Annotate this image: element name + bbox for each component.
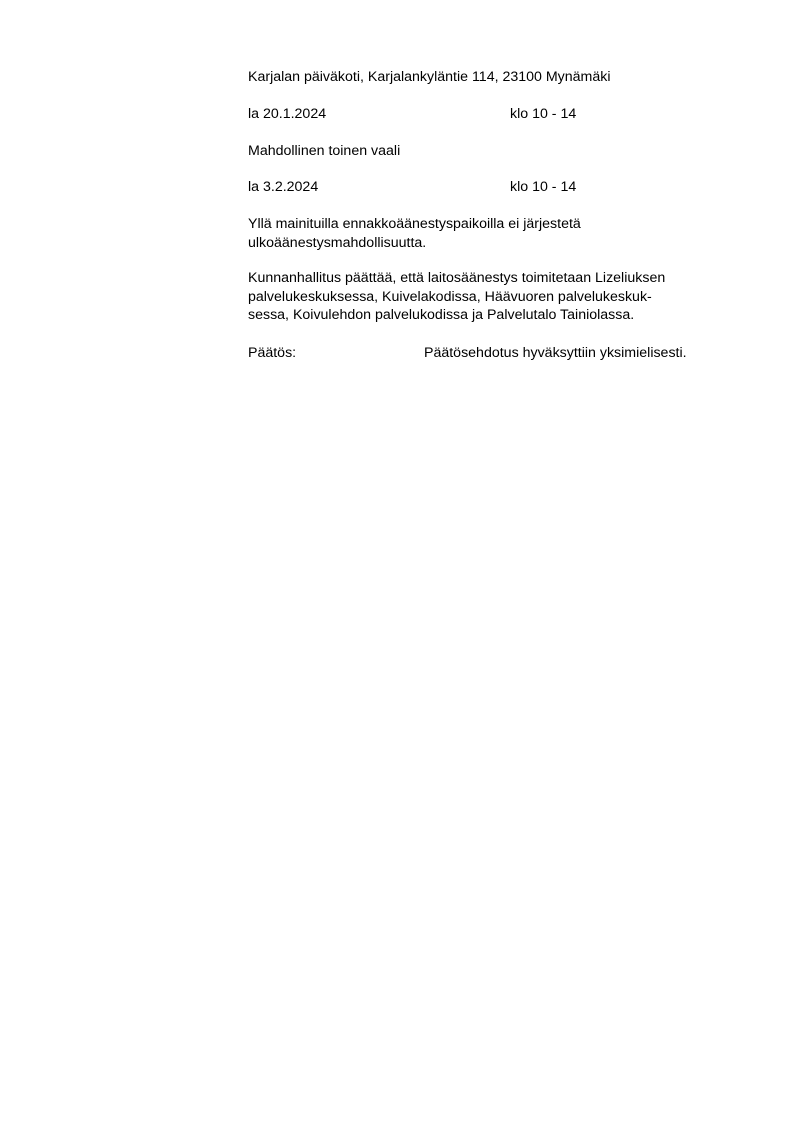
first-election-time: klo 10 - 14	[510, 105, 576, 124]
second-election-row: la 3.2.2024 klo 10 - 14	[248, 178, 728, 197]
institutional-voting-paragraph: Kunnanhallitus päättää, että laitosäänes…	[248, 269, 724, 325]
second-election-heading: Mahdollinen toinen vaali	[248, 142, 400, 161]
second-election-date: la 3.2.2024	[248, 179, 318, 195]
paragraph-line: ulkoäänestysmahdollisuutta.	[248, 234, 724, 253]
paragraph-line: Yllä mainituilla ennakkoäänestyspaikoill…	[248, 215, 724, 234]
decision-text: Päätösehdotus hyväksyttiin yksimielisest…	[424, 344, 687, 363]
location-line: Karjalan päiväkoti, Karjalankyläntie 114…	[248, 68, 611, 87]
paragraph-line: sessa, Koivulehdon palvelukodissa ja Pal…	[248, 306, 724, 325]
second-election-time: klo 10 - 14	[510, 178, 576, 197]
decision-label: Päätös:	[248, 345, 296, 361]
first-election-row: la 20.1.2024 klo 10 - 14	[248, 105, 728, 124]
paragraph-line: Kunnanhallitus päättää, että laitosäänes…	[248, 269, 724, 288]
no-outdoor-voting-paragraph: Yllä mainituilla ennakkoäänestyspaikoill…	[248, 215, 724, 252]
first-election-date: la 20.1.2024	[248, 106, 326, 122]
decision-row: Päätös: Päätösehdotus hyväksyttiin yksim…	[248, 344, 728, 363]
paragraph-line: palvelukeskuksessa, Kuivelakodissa, Hääv…	[248, 288, 724, 307]
